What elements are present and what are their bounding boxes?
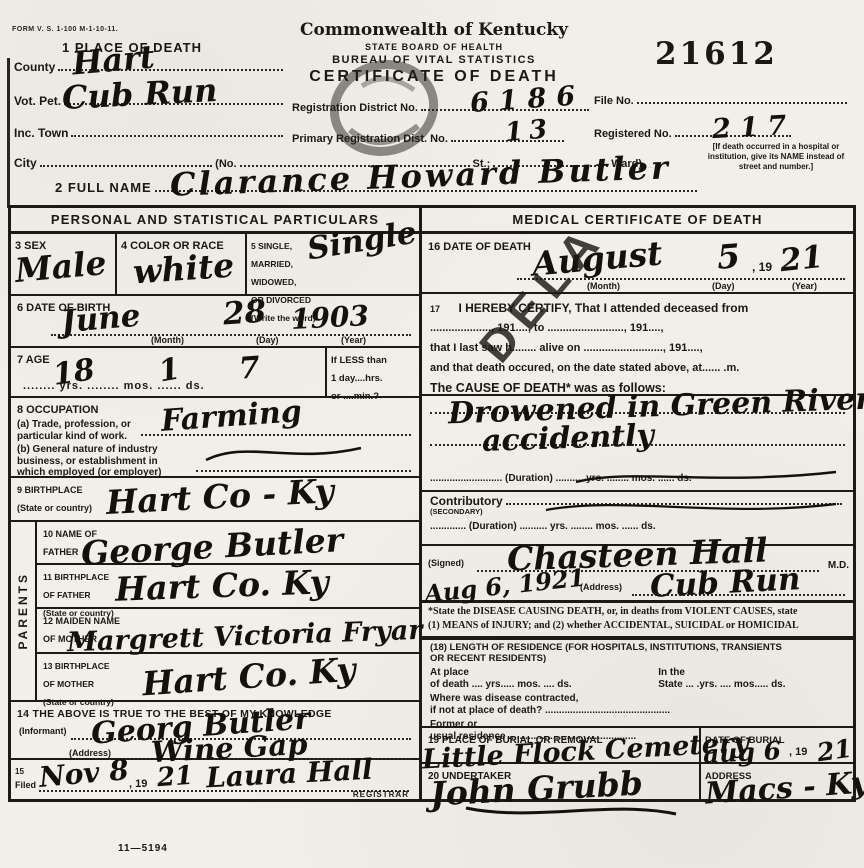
signed-row: (Signed) M.D. Chasteen Hall Aug 6, 1921 … [422,546,853,602]
filed-row: 15 Filed Nov 8 , 19 21 Laura Hall REGIST… [11,760,419,799]
age-months-value: 1 [157,354,183,387]
inc-town-row: Inc. Town [14,126,286,140]
certificate-number: 21612 [655,36,778,72]
signed-label: (Signed) [428,558,464,568]
form-number: FORM V. S. 1-100 M-1-10-11. [12,26,118,33]
informant-row: 14 THE ABOVE IS TRUE TO THE BEST OF MY K… [11,702,419,760]
parents-block: PARENTS 10 NAME OF FATHER George Butler … [11,522,419,702]
date-of-birth-row: 6 DATE OF BIRTH June 28 1903 (Month) (Da… [11,296,419,348]
sex-cell: 3 SEX Male [11,234,117,294]
county-label: County [14,60,55,74]
birthplace-row: 9 BIRTHPLACE (State or country) Hart Co … [11,478,419,522]
ink-flourish-undertaker [462,798,682,824]
signed-date-value: Aug 6, 1921 [423,566,586,607]
ink-stamp [322,56,444,164]
death-certificate-scan: FORM V. S. 1-100 M-1-10-11. 1 PLACE OF D… [0,0,864,868]
inc-town-label: Inc. Town [14,126,68,140]
age-label: 7 AGE [17,354,50,366]
ink-flourish-occupation [201,438,371,468]
burial-row: 19 PLACE OF BURIAL OR REMOVAL Little Flo… [422,728,853,764]
personal-column: PERSONAL AND STATISTICAL PARTICULARS 3 S… [11,208,422,799]
residence-at-place: At place of death .... yrs..... mos. ...… [430,667,658,692]
registration-district-value: 6186 [469,82,586,117]
filed-date-value: Nov 8 [38,756,130,792]
certify-line4: and that death occured, on the date stat… [430,358,845,378]
filed-year-printed: , 19 [129,778,147,790]
filed-number: 15 [15,767,24,776]
mother-maiden-row: 12 MAIDEN NAME OF MOTHER Margrett Victor… [37,609,419,654]
father-birthplace-value: Hart Co. Ky [114,565,329,605]
state-board-line: STATE BOARD OF HEALTH [288,42,580,52]
signed-address-label: (Address) [580,582,622,592]
age-less-cell: If LESS than 1 day....hrs. or ....min.? [327,348,419,396]
sex-value: Male [14,246,108,287]
registered-no-label: Registered No. [594,128,672,140]
mother-birthplace-row: 13 BIRTHPLACE OF MOTHER (State or countr… [37,654,419,700]
scan-edge-artifact [7,58,10,208]
age-main-cell: 7 AGE ........ yrs. ........ mos. ......… [11,348,327,396]
contributory-label: Contributory [430,494,503,508]
file-no-row: File No. [594,95,850,107]
burial-place-cell: 19 PLACE OF BURIAL OR REMOVAL Little Flo… [422,728,701,762]
registrar-label: REGISTRAR [353,790,409,799]
medical-column: MEDICAL CERTIFICATE OF DEATH 16 DATE OF … [422,208,853,799]
birthplace-value: Hart Co - Ky [105,474,334,519]
dod-year-value: 21 [778,242,824,277]
dob-day-value: 28 [222,297,267,331]
filed-year-value: 21 [156,763,194,791]
residence-in-state: In the State ... .yrs. .... mos..... ds. [658,667,845,692]
date-of-death-row: 16 DATE OF DEATH August 5 , 19 21 (Month… [422,234,853,294]
cause-value-line2: accidently [482,421,655,457]
burial-date-value: aug 6 [702,738,781,767]
residence-row: (18) LENGTH OF RESIDENCE (FOR HOSPITALS,… [422,640,853,728]
burial-year-printed: , 19 [789,746,807,758]
ink-strike-duration [572,464,842,490]
residence-label: (18) LENGTH OF RESIDENCE (FOR HOSPITALS,… [430,642,845,665]
sex-color-marital-row: 3 SEX Male 4 COLOR OR RACE white 5 SINGL… [11,234,419,296]
occupation-label: 8 OCCUPATION [17,404,99,416]
cause-of-death-row: Drowened in Green River accidently .....… [422,396,853,492]
mother-birthplace-value: Hart Co. Ky [141,653,357,701]
commonwealth-title: Commonwealth of Kentucky [288,20,580,40]
cause-footnote: *State the DISEASE CAUSING DEATH, or, in… [422,602,853,640]
burial-year-value: 21 [815,736,853,766]
primary-registration-value: 13 [504,116,554,146]
inc-town-line [71,135,283,137]
undertaker-address-value: Macs - Ky [704,768,864,809]
dob-month-hint: (Month) [151,335,184,345]
signed-address-value: Cub Run [649,564,801,603]
contributory-duration-line: ............. (Duration) .......... yrs.… [430,521,845,532]
informant-label: (Informant) [19,726,67,736]
ink-strike-contributory [542,494,842,520]
date-of-death-label: 16 DATE OF DEATH [428,241,531,253]
dob-year-hint: (Year) [341,335,366,345]
file-no-label: File No. [594,95,634,107]
certificate-body: PERSONAL AND STATISTICAL PARTICULARS 3 S… [8,205,856,802]
age-row: 7 AGE ........ yrs. ........ mos. ......… [11,348,419,398]
vot-pet-label: Vot. Pet. [14,94,61,108]
age-less-note: If LESS than 1 day....hrs. or ....min.? [331,355,387,402]
color-race-cell: 4 COLOR OR RACE white [117,234,247,294]
father-name-row: 10 NAME OF FATHER George Butler [37,522,419,565]
age-days-value: 7 [238,353,261,384]
occupation-row: 8 OCCUPATION (a) Trade, profession, or p… [11,398,419,478]
age-years-value: 18 [51,355,97,391]
birthplace-label: 9 BIRTHPLACE (State or country) [17,485,92,513]
mother-maiden-value: Margrett Victoria Fryar [67,617,423,656]
vot-pet-value: Cub Run [61,74,218,114]
county-value: Hart [71,40,156,79]
parents-strip: PARENTS [11,522,37,700]
parents-label: PARENTS [16,572,30,649]
dob-year-value: 1903 [290,302,369,334]
residence-contracted: Where was disease contracted, if not at … [430,693,845,718]
dod-year-printed: , 19 [752,260,772,274]
dob-month-value: June [60,301,142,339]
marital-cell: 5 SINGLE, MARRIED, WIDOWED, OR DIVORCED … [247,234,419,294]
print-code: 11—5194 [118,843,168,854]
dob-day-hint: (Day) [256,335,279,345]
signed-md-label: M.D. [828,560,849,571]
registered-no-value: 217 [711,112,796,143]
undertaker-address-cell: ADDRESS Macs - Ky [701,764,853,799]
city-label: City [14,156,37,170]
medical-title: MEDICAL CERTIFICATE OF DEATH [422,208,853,234]
dod-month-hint: (Month) [587,281,620,291]
hospital-note: [If death occurred in a hospital or inst… [700,142,852,172]
color-race-value: white [132,249,235,289]
mother-birthplace-label: 13 BIRTHPLACE OF MOTHER (State or countr… [43,661,114,707]
file-no-line [637,102,847,104]
certify-number: 17 [430,304,440,314]
dod-day-hint: (Day) [712,281,735,291]
full-name-label: 2 FULL NAME [55,180,152,195]
dod-day-value: 5 [716,239,741,274]
dod-year-hint: (Year) [792,281,817,291]
filed-label: Filed [15,780,36,790]
registrar-signature: Laura Hall [205,756,373,793]
